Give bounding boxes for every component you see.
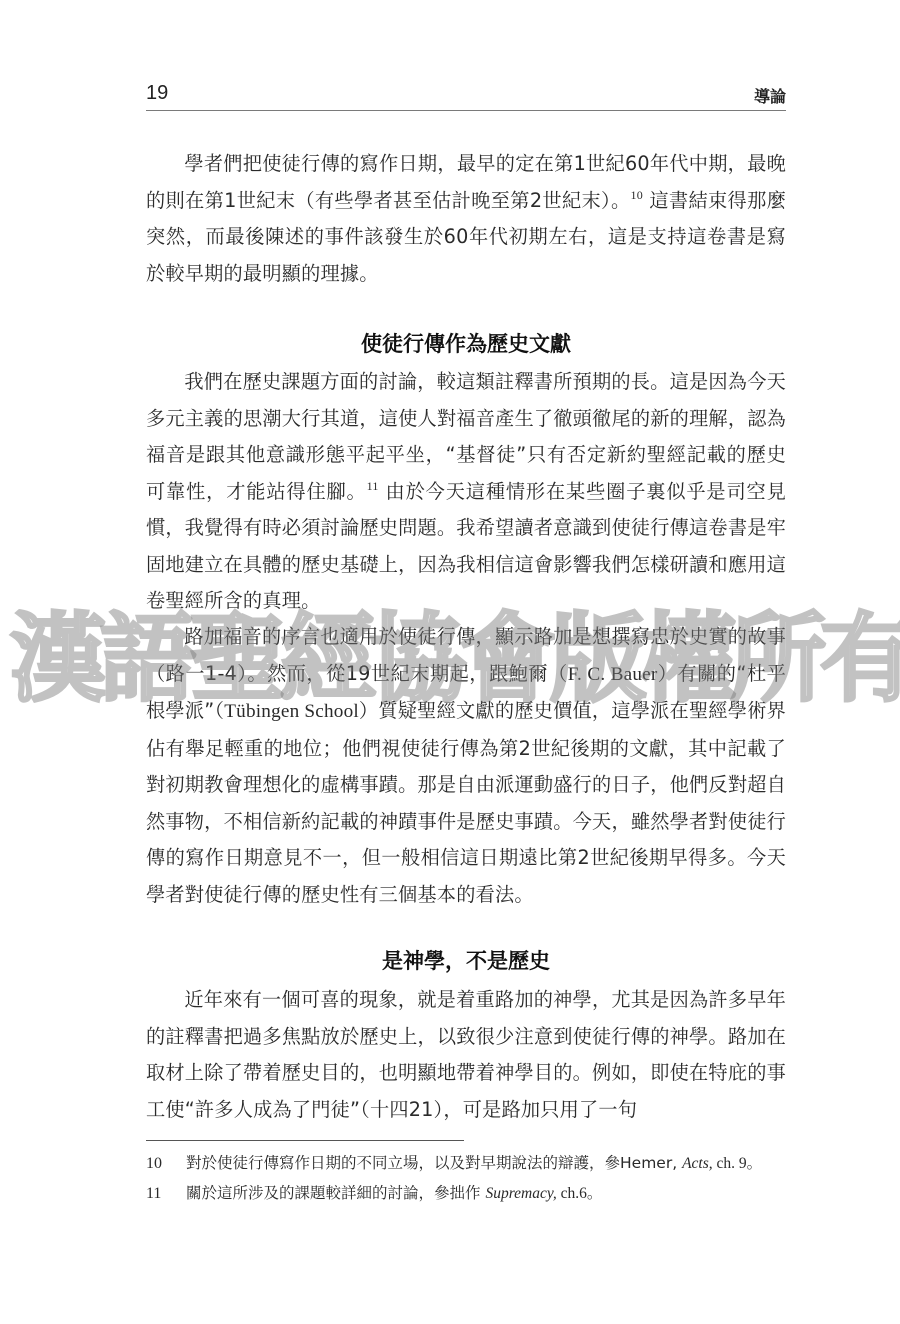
watermark-char: 漢 — [10, 583, 100, 720]
footnote-ref-10[interactable]: 10 — [631, 188, 643, 202]
footnote-number: 11 — [146, 1180, 186, 1207]
footnote-number: 10 — [146, 1150, 186, 1177]
section-heading-acts-as-history: 使徒行傳作為歷史文獻 — [146, 328, 786, 358]
footnote-text: 關於這所涉及的課題較詳細的討論，參拙作 Supremacy, ch.6。 — [186, 1180, 786, 1207]
page-header: 19 導論 — [146, 82, 786, 111]
paragraph-history-discussion: 我們在歷史課題方面的討論，較這類註釋書所預期的長。這是因為今天多元主義的思潮大行… — [146, 364, 786, 620]
footnote-11: 11 關於這所涉及的課題較詳細的討論，參拙作 Supremacy, ch.6。 — [146, 1180, 786, 1207]
running-head: 導論 — [754, 84, 786, 107]
footnote-text-part: ch.6。 — [557, 1185, 603, 1202]
paragraph-dating: 學者們把使徒行傳的寫作日期，最早的定在第1世紀60年代中期，最晚的則在第1世紀末… — [146, 146, 786, 292]
section-heading-theology-not-history: 是神學，不是歷史 — [146, 945, 786, 975]
watermark-char: 有 — [820, 583, 900, 720]
book-title: Acts, — [682, 1155, 713, 1172]
footnote-divider — [146, 1140, 464, 1141]
page-number: 19 — [146, 82, 168, 105]
footnote-10: 10 對於使徒行傳寫作日期的不同立場，以及對早期說法的辯護，參Hemer, Ac… — [146, 1150, 786, 1177]
paragraph-theology: 近年來有一個可喜的現象，就是着重路加的神學，尤其是因為許多早年的註釋書把過多焦點… — [146, 982, 786, 1128]
name-bauer: F. C. Bauer — [568, 664, 658, 685]
footnote-text: 對於使徒行傳寫作日期的不同立場，以及對早期說法的辯護，參Hemer, Acts,… — [186, 1150, 786, 1177]
paragraph-tubingen: 路加福音的序言也適用於使徒行傳，顯示路加是想撰寫忠於史實的故事（路一1-4）。然… — [146, 619, 786, 913]
footnotes: 10 對於使徒行傳寫作日期的不同立場，以及對早期說法的辯護，參Hemer, Ac… — [146, 1150, 786, 1210]
book-title: Supremacy, — [485, 1185, 556, 1202]
paragraph-text: 近年來有一個可喜的現象，就是着重路加的神學，尤其是因為許多早年的註釋書把過多焦點… — [146, 988, 786, 1121]
footnote-text-part: 對於使徒行傳寫作日期的不同立場，以及對早期說法的辯護，參Hemer, — [186, 1154, 682, 1172]
footnote-text-part: ch. 9。 — [713, 1155, 763, 1172]
name-tubingen-school: Tübingen School — [224, 701, 359, 722]
footnote-text-part: 關於這所涉及的課題較詳細的討論，參拙作 — [186, 1184, 485, 1202]
paragraph-text: ）質疑聖經文獻的歷史價值，這學派在聖經學術界佔有舉足輕重的地位；他們視使徒行傳為… — [146, 699, 786, 906]
footnote-ref-11[interactable]: 11 — [367, 479, 379, 493]
